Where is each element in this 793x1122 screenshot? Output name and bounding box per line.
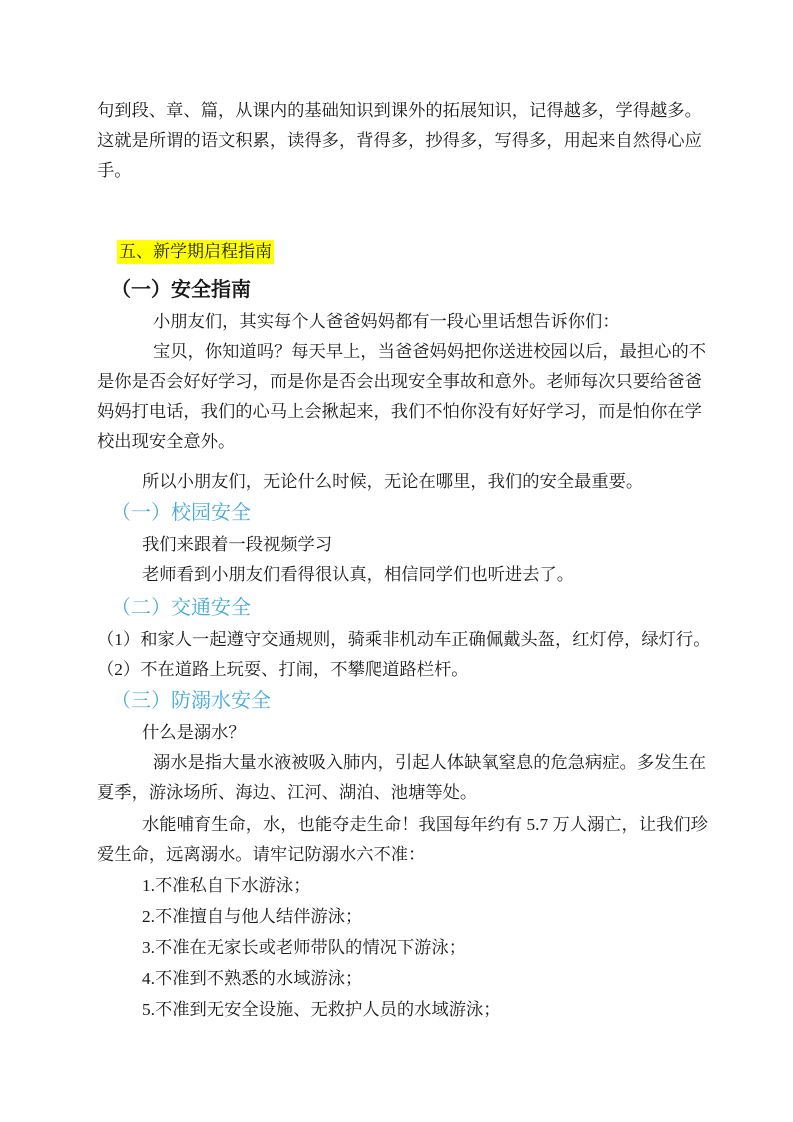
chapter-heading-highlight: 五、新学期启程指南 [117, 240, 274, 264]
text-line: 老师看到小朋友们看得很认真，相信同学们也听进去了。 [97, 560, 697, 590]
text-line: 什么是溺水？ [97, 718, 697, 748]
list-item-rule-3: 3.不准在无家长或老师带队的情况下游泳； [97, 932, 697, 963]
list-item-rule-4: 4.不准到不熟悉的水域游泳； [97, 963, 697, 994]
drowning-rules-list: 1.不准私自下水游泳； 2.不准擅自与他人结伴游泳； 3.不准在无家长或老师带队… [97, 870, 697, 1025]
section-heading-safety-guide: （一）安全指南 [111, 274, 697, 307]
text-line: 夏季，游泳场所、海边、江河、湖泊、池塘等处。 [97, 778, 697, 808]
subsection-heading-drowning-safety: （三）防溺水安全 [111, 685, 697, 718]
document-page: 句到段、章、篇，从课内的基础知识到课外的拓展知识，记得越多，学得越多。 这就是所… [0, 0, 793, 1122]
paragraph-water-life: 水能哺育生命，水，也能夺走生命！我国每年约有 5.7 万人溺亡，让我们珍 爱生命… [97, 810, 697, 870]
intro-paragraph: 句到段、章、篇，从课内的基础知识到课外的拓展知识，记得越多，学得越多。 这就是所… [97, 96, 697, 186]
text-line: 溺水是指大量水液被吸入肺内，引起人体缺氧窒息的危急病症。多发生在 [97, 748, 697, 778]
paragraph-traffic-rule-1: （1）和家人一起遵守交通规则，骑乘非机动车正确佩戴头盔，红灯停，绿灯行。 [97, 625, 697, 655]
list-item-rule-1: 1.不准私自下水游泳； [97, 870, 697, 901]
text-line: 宝贝，你知道吗？每天早上，当爸爸妈妈把你送进校园以后，最担心的不 [97, 337, 697, 367]
text-line: 妈妈打电话，我们的心马上会揪起来，我们不怕你没有好好学习，而是怕你在学 [97, 397, 697, 427]
paragraph-drowning-definition: 溺水是指大量水液被吸入肺内，引起人体缺氧窒息的危急病症。多发生在 夏季，游泳场所… [97, 748, 697, 808]
text-line: 这就是所谓的语文积累，读得多，背得多，抄得多，写得多，用起来自然得心应 [97, 126, 697, 156]
subsection-heading-traffic-safety: （二）交通安全 [111, 592, 697, 625]
paragraph-parents-words: 宝贝，你知道吗？每天早上，当爸爸妈妈把你送进校园以后，最担心的不 是你是否会好好… [97, 337, 697, 457]
text-line: 是你是否会好好学习，而是你是否会出现安全事故和意外。老师每次只要给爸爸 [97, 367, 697, 397]
text-line: 水能哺育生命，水，也能夺走生命！我国每年约有 5.7 万人溺亡，让我们珍 [97, 810, 697, 840]
text-line: 手。 [97, 156, 697, 186]
subsection-heading-campus-safety: （一）校园安全 [111, 497, 697, 530]
text-line: 爱生命，远离溺水。请牢记防溺水六不准： [97, 840, 697, 870]
text-line: 校出现安全意外。 [97, 427, 697, 457]
text-line: 我们来跟着一段视频学习 [97, 530, 697, 560]
paragraph-safety-first: 所以小朋友们，无论什么时候，无论在哪里，我们的安全最重要。 [97, 467, 697, 497]
paragraph-traffic-rule-2: （2）不在道路上玩耍、打闹，不攀爬道路栏杆。 [97, 655, 697, 685]
text-line: 小朋友们，其实每个人爸爸妈妈都有一段心里话想告诉你们： [97, 307, 697, 337]
paragraph-kids-intro: 小朋友们，其实每个人爸爸妈妈都有一段心里话想告诉你们： [97, 307, 697, 337]
text-line: 所以小朋友们，无论什么时候，无论在哪里，我们的安全最重要。 [97, 467, 697, 497]
paragraph-video: 我们来跟着一段视频学习 [97, 530, 697, 560]
list-item-rule-2: 2.不准擅自与他人结伴游泳； [97, 901, 697, 932]
text-line: 句到段、章、篇，从课内的基础知识到课外的拓展知识，记得越多，学得越多。 [97, 96, 697, 126]
text-line: （2）不在道路上玩耍、打闹，不攀爬道路栏杆。 [97, 655, 697, 685]
chapter-heading: 五、新学期启程指南 [117, 235, 697, 268]
text-line: （1）和家人一起遵守交通规则，骑乘非机动车正确佩戴头盔，红灯停，绿灯行。 [97, 625, 697, 655]
paragraph-what-is-drowning: 什么是溺水？ [97, 718, 697, 748]
paragraph-teacher-comment: 老师看到小朋友们看得很认真，相信同学们也听进去了。 [97, 560, 697, 590]
list-item-rule-5: 5.不准到无安全设施、无救护人员的水域游泳； [97, 994, 697, 1025]
